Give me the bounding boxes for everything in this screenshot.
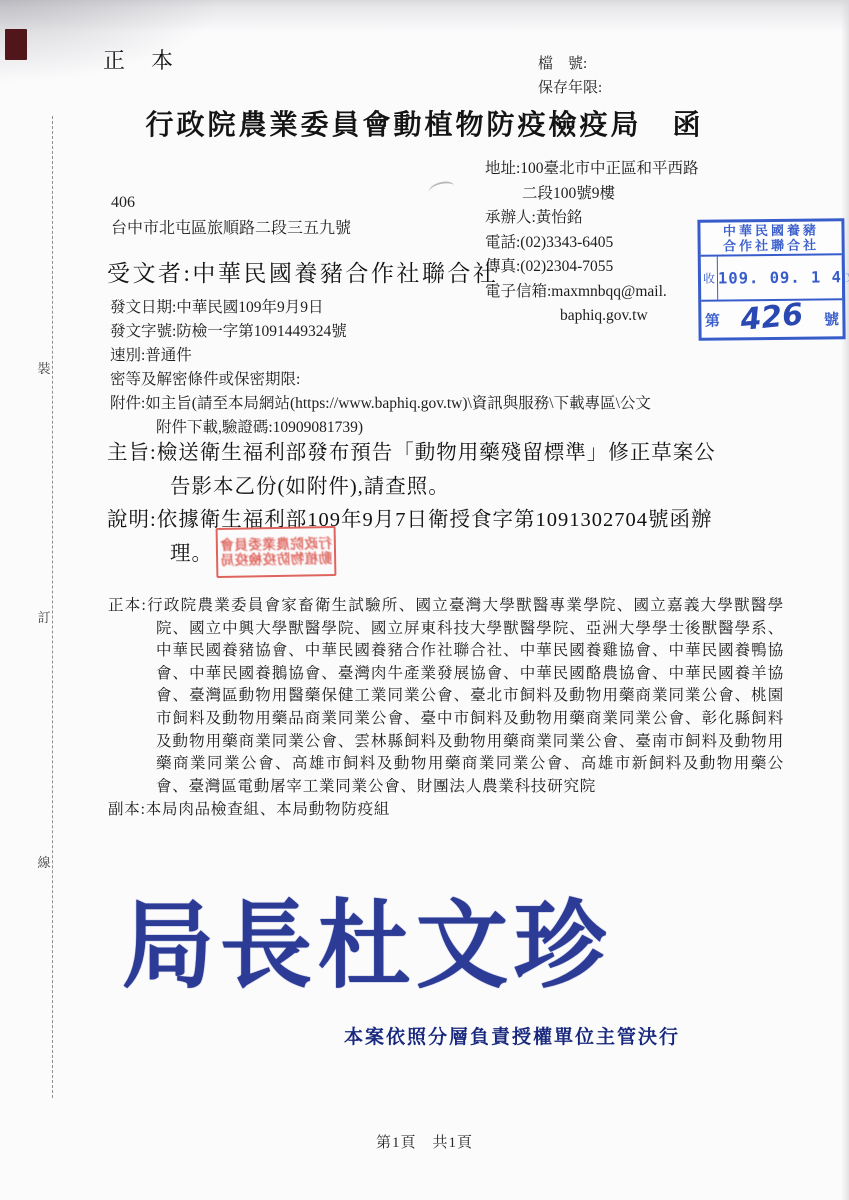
description-line1: 說明:依據衛生福利部109年9月7日衛授食字第1091302704號函辦 (107, 503, 712, 537)
subject-block: 主旨:檢送衛生福利部發布預告「動物用藥殘留標準」修正草案公 告影本乙份(如附件)… (107, 436, 716, 504)
received-doc-char: 文 (842, 255, 849, 298)
recipient-street: 台中市北屯區旅順路二段三五九號 (111, 216, 351, 242)
received-stamp-org-line1: 中華民國養豬 (700, 222, 841, 238)
subject-line2: 告影本乙份(如附件),請查照。 (107, 470, 716, 504)
received-number-handwritten: 426 (722, 294, 822, 339)
issue-date: 發文日期:中華民國109年9月9日 (110, 296, 651, 320)
sender-fax: 傳真:(02)2304-7055 (485, 255, 699, 280)
description-block: 說明:依據衛生福利部109年9月7日衛授食字第1091302704號函辦 理。 (107, 503, 712, 571)
sender-address-line1: 地址:100臺北市中正區和平西路 (485, 157, 699, 182)
issue-number: 發文字號:防檢一字第1091449324號 (110, 320, 651, 344)
primary-copies-list: 行政院農業委員會家畜衛生試驗所、國立臺灣大學獸醫專業學院、國立嘉義大學獸醫學院、… (147, 597, 784, 795)
cc-copies-paragraph: 副本:本局肉品檢查組、本局動物防疫組 (108, 799, 784, 822)
binding-mark-zhuang: 裝 (36, 355, 52, 380)
received-stamp-number-row: 第 426 號 (701, 300, 842, 337)
document-title: 行政院農業委員會動植物防疫檢疫局 函 (0, 103, 849, 143)
binding-mark-ding: 訂 (36, 604, 52, 629)
subject-line1: 主旨:檢送衛生福利部發布預告「動物用藥殘留標準」修正草案公 (107, 436, 716, 470)
attachment-line1: 附件:如主旨(請至本局網站(https://www.baphiq.gov.tw)… (110, 392, 651, 416)
director-signature: 局長杜文珍 (122, 869, 612, 1006)
received-stamp-date-row: 收 109. 09. 1 4 文 (701, 255, 842, 301)
cc-copies-list: 本局肉品檢查組、本局動物防疫組 (146, 801, 391, 818)
sender-address-line2: 二段100號9樓 (485, 182, 699, 207)
sender-contact-person: 承辦人:黃怡銘 (485, 206, 699, 231)
binding-mark-xian: 線 (36, 849, 52, 874)
recipient-postal-block: 406 台中市北屯區旅順路二段三五九號 (111, 190, 351, 242)
agency-red-stamp-line2: 動植物防疫檢疫局 (220, 551, 332, 568)
scan-right-edge-shadow (841, 0, 849, 1200)
recipient-line: 受文者:中華民國養豬合作社聯合社 (107, 255, 498, 288)
recipient-zip: 406 (111, 190, 351, 216)
primary-copies-label: 正本: (108, 597, 147, 614)
copy-type-label: 正本 (103, 44, 199, 75)
primary-copies-paragraph: 正本:行政院農業委員會家畜衛生試驗所、國立臺灣大學獸醫專業學院、國立嘉義大學獸醫… (108, 595, 784, 798)
document-meta-block: 發文日期:中華民國109年9月9日 發文字號:防檢一字第1091449324號 … (110, 296, 651, 440)
cc-copies-label: 副本: (108, 801, 146, 818)
binding-dashed-line (52, 116, 53, 1098)
received-stamp-org-line2: 合作社聯合社 (701, 237, 842, 253)
received-blue-stamp: 中華民國養豬 合作社聯合社 收 109. 09. 1 4 文 第 426 號 (697, 218, 845, 341)
security-class: 密等及解密條件或保密期限: (110, 368, 651, 392)
received-stamp-org: 中華民國養豬 合作社聯合社 (700, 221, 841, 256)
received-number-prefix: 第 (701, 302, 723, 338)
received-stamp-date: 109. 09. 1 4 (718, 255, 842, 299)
copies-block: 正本:行政院農業委員會家畜衛生試驗所、國立臺灣大學獸醫專業學院、國立嘉義大學獸醫… (108, 595, 784, 822)
sender-phone: 電話:(02)3343-6405 (485, 231, 699, 256)
received-char: 收 (701, 257, 718, 300)
received-number-suffix: 號 (820, 300, 842, 336)
page-number-footer: 第1頁 共1頁 (0, 1131, 849, 1152)
speed-class: 速別:普通件 (110, 344, 651, 368)
agency-red-stamp: 行政院農業委員會 動植物防疫檢疫局 (216, 526, 337, 578)
delegation-note: 本案依照分層負責授權單位主管決行 (344, 1022, 680, 1049)
pencil-squiggle-mark (428, 180, 455, 193)
file-number-label: 檔 號: (538, 52, 587, 73)
retention-period-label: 保存年限: (538, 76, 602, 97)
scanned-official-letter: 裝 訂 線 正本 檔 號: 保存年限: 行政院農業委員會動植物防疫檢疫局 函 地… (0, 0, 849, 1200)
description-line2: 理。 (107, 537, 712, 571)
scan-corner-mark (5, 29, 27, 60)
